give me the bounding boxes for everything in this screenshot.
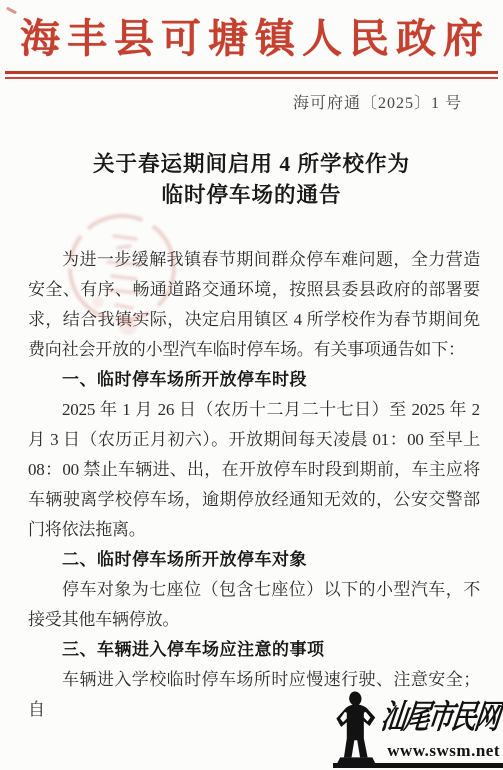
red-separator-rule — [5, 71, 498, 79]
notice-title: 关于春运期间启用 4 所学校作为 临时停车场的通告 — [0, 149, 503, 211]
doc-number: 海可府通〔2025〕1 号 — [0, 94, 503, 113]
section-heading-notes: 三、车辆进入停车场应注意的事项 — [28, 635, 480, 665]
notice-title-line-1: 关于春运期间启用 4 所学校作为 — [0, 149, 503, 180]
watermark: 汕尾市民网 www.swsm.net — [331, 690, 503, 768]
paragraph-time: 2025 年 1 月 26 日（农历十二月二十七日）至 2025 年 2 月 3… — [28, 395, 480, 545]
paragraph-opening: 为进一步缓解我镇春节期间群众停车难问题，全力营造安全、有序、畅通道路交通环境，按… — [28, 245, 480, 365]
scan-artifact — [6, 7, 17, 15]
agency-header: 海丰县可塘镇人民政府 — [0, 16, 503, 62]
watermark-site-name: 汕尾市民网 — [378, 700, 480, 736]
paragraph-target: 停车对象为七座位（包含七座位）以下的小型汽车，不接受其他车辆停放。 — [28, 575, 480, 635]
notice-title-line-2: 临时停车场的通告 — [0, 180, 503, 211]
section-heading-time: 一、临时停车场所开放停车时段 — [28, 365, 480, 395]
notice-document-page: 海丰县可塘镇人民政府 海可府通〔2025〕1 号 关于春运期间启用 4 所学校作… — [0, 0, 503, 770]
watermark-baseline — [333, 763, 503, 768]
watermark-site-url: www.swsm.net — [387, 741, 500, 761]
section-heading-target: 二、临时停车场所开放停车对象 — [28, 545, 480, 575]
notice-body: 为进一步缓解我镇春节期间群众停车难问题，全力营造安全、有序、畅通道路交通环境，按… — [0, 245, 503, 725]
